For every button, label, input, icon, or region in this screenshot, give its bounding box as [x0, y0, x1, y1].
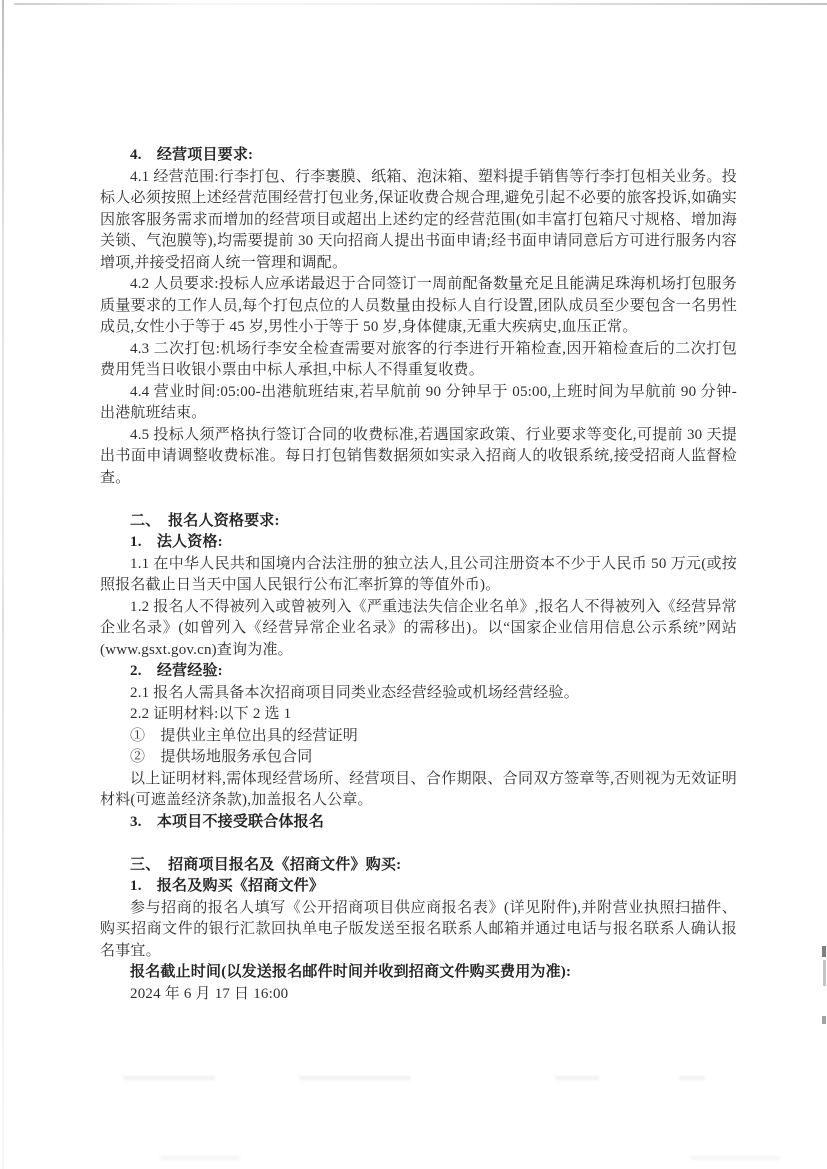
clause-signup-procedure: 参与招商的报名人填写《公开招商项目供应商报名表》(详见附件),并附营业执照扫描件… [100, 898, 737, 963]
scan-mark-right-3 [822, 1016, 826, 1024]
clause-experience-heading: 2. 经营经验: [100, 661, 737, 683]
clause-no-consortium: 3. 本项目不接受联合体报名 [100, 812, 737, 834]
signup-deadline-value: 2024 年 6 月 17 日 16:00 [100, 984, 737, 1006]
scan-mark-right-1 [822, 946, 826, 957]
scan-edge-top-line [14, 3, 827, 5]
clause-signup-heading: 1. 报名及购买《招商文件》 [100, 876, 737, 898]
clause-4-2-staffing: 4.2 人员要求:投标人应承诺最迟于合同签订一周前配备数量充足且能满足珠海机场打… [100, 274, 737, 339]
clause-2-1-experience: 2.1 报名人需具备本次招商项目同类业态经营经验或机场经营经验。 [100, 683, 737, 705]
clause-4-heading: 4. 经营项目要求: [100, 145, 737, 167]
scan-edge-left-line [2, 0, 4, 1169]
bleedthrough-smudge [123, 1076, 215, 1080]
signup-deadline-label: 报名截止时间(以发送报名邮件时间并收到招商文件购买费用为准): [100, 962, 737, 984]
clause-4-4-hours: 4.4 营业时间:05:00-出港航班结束,若早航前 90 分钟早于 05:00… [100, 382, 737, 425]
proof-materials-note: 以上证明材料,需体现经营场所、经营项目、合作期限、合同双方签章等,否则视为无效证… [100, 769, 737, 812]
scanned-page: 4. 经营项目要求: 4.1 经营范围:行李打包、行李裹膜、纸箱、泡沫箱、塑料提… [0, 0, 827, 1169]
document-body: 4. 经营项目要求: 4.1 经营范围:行李打包、行李裹膜、纸箱、泡沫箱、塑料提… [100, 145, 737, 1005]
clause-2-2-proof-materials: 2.2 证明材料:以下 2 选 1 [100, 704, 737, 726]
scan-mark-right-2 [823, 960, 826, 986]
proof-option-2: ② 提供场地服务承包合同 [100, 747, 737, 769]
bleedthrough-smudge [555, 1076, 599, 1080]
clause-4-5-pricing: 4.5 投标人须严格执行签订合同的收费标准,若遇国家政策、行业要求等变化,可提前… [100, 425, 737, 490]
proof-option-1: ① 提供业主单位出具的经营证明 [100, 726, 737, 748]
section-2-heading: 二、 报名人资格要求: [100, 511, 737, 533]
section-3-heading: 三、 招商项目报名及《招商文件》购买: [100, 855, 737, 877]
bleedthrough-smudge [160, 1156, 240, 1160]
clause-1-2-blacklist: 1.2 报名人不得被列入或曾被列入《严重违法失信企业名单》,报名人不得被列入《经… [100, 597, 737, 662]
clause-legal-status-heading: 1. 法人资格: [100, 532, 737, 554]
clause-4-1-business-scope: 4.1 经营范围:行李打包、行李裹膜、纸箱、泡沫箱、塑料提手销售等行李打包相关业… [100, 167, 737, 275]
clause-4-3-rewrap: 4.3 二次打包:机场行李安全检查需要对旅客的行李进行开箱检查,因开箱检查后的二… [100, 339, 737, 382]
bleedthrough-smudge [679, 1076, 705, 1080]
bleedthrough-smudge [690, 1156, 780, 1160]
clause-1-1-registration: 1.1 在中华人民共和国境内合法注册的独立法人,且公司注册资本不少于人民币 50… [100, 554, 737, 597]
bleedthrough-smudge [299, 1076, 411, 1080]
